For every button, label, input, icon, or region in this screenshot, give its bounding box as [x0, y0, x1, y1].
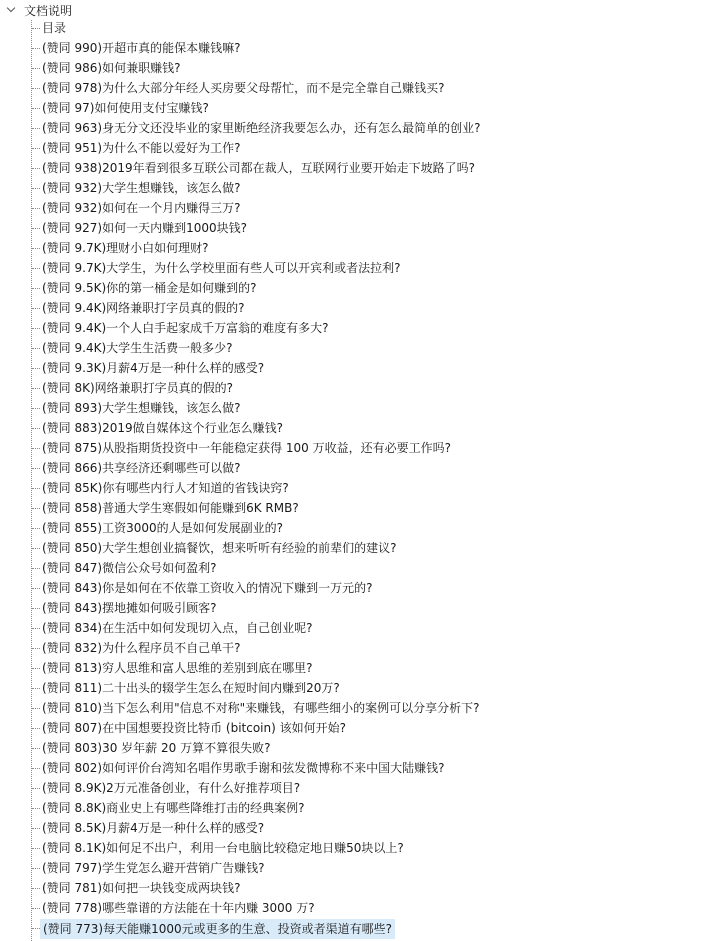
- tree-connector: [32, 688, 40, 689]
- tree-item[interactable]: (赞同 834)在生活中如何发现切入点，自己创业呢?: [0, 618, 710, 638]
- tree-item[interactable]: (赞同 832)为什么程序员不自己单干?: [0, 638, 710, 658]
- tree-item-label[interactable]: (赞同 811)二十出头的辍学生怎么在短时间内赚到20万?: [40, 679, 342, 697]
- tree-item[interactable]: (赞同 8.9K)2万元准备创业，有什么好推荐项目?: [0, 778, 710, 798]
- tree-connector: [32, 428, 40, 429]
- tree-item[interactable]: (赞同 986)如何兼职赚钱?: [0, 58, 710, 78]
- tree-connector: [32, 788, 40, 789]
- tree-item[interactable]: (赞同 813)穷人思维和富人思维的差别到底在哪里?: [0, 658, 710, 678]
- tree-connector: [32, 68, 40, 69]
- tree-item-label[interactable]: (赞同 8.9K)2万元准备创业，有什么好推荐项目?: [40, 779, 302, 797]
- tree-item[interactable]: (赞同 978)为什么大部分年经人买房要父母帮忙，而不是完全靠自己赚钱买?: [0, 78, 710, 98]
- tree-connector: [32, 728, 40, 729]
- tree-item-label[interactable]: (赞同 807)在中国想要投资比特币 (bitcoin) 该如何开始?: [40, 719, 348, 737]
- tree-item[interactable]: (赞同 932)大学生想赚钱，该怎么做?: [0, 178, 710, 198]
- tree-item-label[interactable]: (赞同 978)为什么大部分年经人买房要父母帮忙，而不是完全靠自己赚钱买?: [40, 79, 446, 97]
- tree-item[interactable]: (赞同 797)学生党怎么避开营销广告赚钱?: [0, 858, 710, 878]
- tree-item-label[interactable]: (赞同 773)每天能赚1000元或更多的生意、投资或者渠道有哪些?: [40, 919, 395, 939]
- tree-connector: [32, 568, 40, 569]
- tree-item[interactable]: (赞同 875)从股指期货投资中一年能稳定获得 100 万收益，还有必要工作吗?: [0, 438, 710, 458]
- tree-item[interactable]: (赞同 883)2019做自媒体这个行业怎么赚钱?: [0, 418, 710, 438]
- tree-item[interactable]: (赞同 893)大学生想赚钱，该怎么做?: [0, 398, 710, 418]
- tree-connector: [32, 868, 40, 869]
- tree-item-label[interactable]: (赞同 858)普通大学生寒假如何能赚到6K RMB?: [40, 499, 301, 517]
- tree-item[interactable]: (赞同 990)开超市真的能保本赚钱嘛?: [0, 38, 710, 58]
- tree-item[interactable]: (赞同 866)共享经济还剩哪些可以做?: [0, 458, 710, 478]
- tree-connector: [32, 188, 40, 189]
- tree-connector: [32, 268, 40, 269]
- tree-item[interactable]: (赞同 811)二十出头的辍学生怎么在短时间内赚到20万?: [0, 678, 710, 698]
- tree-item-label[interactable]: (赞同 990)开超市真的能保本赚钱嘛?: [40, 39, 242, 57]
- tree-item-label[interactable]: (赞同 9.4K)大学生生活费一般多少?: [40, 339, 235, 357]
- tree-item-label[interactable]: (赞同 843)你是如何在不依靠工资收入的情况下赚到一万元的?: [40, 579, 374, 597]
- tree-item[interactable]: (赞同 938)2019年看到很多互联公司都在裁人，互联网行业要开始走下坡路了吗…: [0, 158, 710, 178]
- tree-item-label[interactable]: (赞同 938)2019年看到很多互联公司都在裁人，互联网行业要开始走下坡路了吗…: [40, 159, 477, 177]
- tree-item-label[interactable]: (赞同 9.4K)网络兼职打字员真的假的?: [40, 299, 247, 317]
- tree-root-label: 文档说明: [24, 2, 72, 19]
- tree-item-label[interactable]: (赞同 8K)网络兼职打字员真的假的?: [40, 379, 235, 397]
- tree-item-label[interactable]: (赞同 847)微信公众号如何盈利?: [40, 559, 218, 577]
- tree-item-label[interactable]: (赞同 97)如何使用支付宝赚钱?: [40, 99, 211, 117]
- tree-item[interactable]: (赞同 9.3K)月薪4万是一种什么样的感受?: [0, 358, 710, 378]
- tree-item[interactable]: (赞同 855)工资3000的人是如何发展副业的?: [0, 518, 710, 538]
- tree-connector: [32, 668, 40, 669]
- tree-item-label[interactable]: (赞同 834)在生活中如何发现切入点，自己创业呢?: [40, 619, 314, 637]
- tree-item-label[interactable]: (赞同 778)哪些靠谱的方法能在十年内赚 3000 万?: [40, 899, 317, 917]
- chevron-down-icon[interactable]: [6, 4, 18, 16]
- tree-item-label[interactable]: (赞同 932)大学生想赚钱，该怎么做?: [40, 179, 242, 197]
- tree-children: 目录(赞同 990)开超市真的能保本赚钱嘛?(赞同 986)如何兼职赚钱?(赞同…: [0, 18, 710, 938]
- tree-item-label[interactable]: (赞同 8.8K)商业史上有哪些降维打击的经典案例?: [40, 799, 307, 817]
- tree-connector: [32, 48, 40, 49]
- tree-item-label[interactable]: (赞同 850)大学生想创业搞餐饮，想来听听有经验的前辈们的建议?: [40, 539, 398, 557]
- tree-item[interactable]: (赞同 9.4K)网络兼职打字员真的假的?: [0, 298, 710, 318]
- tree-item[interactable]: (赞同 858)普通大学生寒假如何能赚到6K RMB?: [0, 498, 710, 518]
- tree-connector: [32, 408, 40, 409]
- tree-connector: [32, 348, 40, 349]
- tree-item[interactable]: (赞同 802)如何评价台湾知名唱作男歌手谢和弦发微博称不来中国大陆赚钱?: [0, 758, 710, 778]
- tree-item-label[interactable]: (赞同 866)共享经济还剩哪些可以做?: [40, 459, 242, 477]
- tree-connector: [32, 808, 40, 809]
- tree-item-label[interactable]: (赞同 883)2019做自媒体这个行业怎么赚钱?: [40, 419, 285, 437]
- tree-connector: [32, 528, 40, 529]
- tree-connector: [32, 588, 40, 589]
- tree-item-label[interactable]: (赞同 802)如何评价台湾知名唱作男歌手谢和弦发微博称不来中国大陆赚钱?: [40, 759, 446, 777]
- tree-item-label[interactable]: (赞同 781)如何把一块钱变成两块钱?: [40, 879, 242, 897]
- tree-item-label[interactable]: (赞同 986)如何兼职赚钱?: [40, 59, 182, 77]
- tree-item-label[interactable]: (赞同 813)穷人思维和富人思维的差别到底在哪里?: [40, 659, 314, 677]
- tree-item-toc[interactable]: 目录: [0, 18, 710, 38]
- tree-item[interactable]: (赞同 8.8K)商业史上有哪些降维打击的经典案例?: [0, 798, 710, 818]
- tree-connector: [32, 308, 40, 309]
- tree-item-label[interactable]: (赞同 927)如何一天内赚到1000块钱?: [40, 219, 249, 237]
- tree-connector: [32, 608, 40, 609]
- tree-item[interactable]: (赞同 951)为什么不能以爱好为工作?: [0, 138, 710, 158]
- tree-connector: [32, 148, 40, 149]
- tree-item[interactable]: (赞同 85K)你有哪些内行人才知道的省钱诀窍?: [0, 478, 710, 498]
- tree-item-label[interactable]: (赞同 875)从股指期货投资中一年能稳定获得 100 万收益，还有必要工作吗?: [40, 439, 453, 457]
- tree-connector: [32, 128, 40, 129]
- tree-item-label[interactable]: (赞同 810)当下怎么利用"信息不对称"来赚钱，有哪些细小的案例可以分享分析下…: [40, 699, 482, 717]
- tree-item[interactable]: (赞同 773)每天能赚1000元或更多的生意、投资或者渠道有哪些?: [0, 918, 710, 938]
- tree-item[interactable]: (赞同 850)大学生想创业搞餐饮，想来听听有经验的前辈们的建议?: [0, 538, 710, 558]
- tree-connector: [32, 508, 40, 509]
- tree-connector: [32, 768, 40, 769]
- tree-connector: [32, 28, 40, 29]
- tree-connector: [32, 708, 40, 709]
- tree-item-label[interactable]: (赞同 797)学生党怎么避开营销广告赚钱?: [40, 859, 266, 877]
- tree-connector: [32, 228, 40, 229]
- tree-item-label[interactable]: (赞同 963)身无分文还没毕业的家里断绝经济我要怎么办，还有怎么最简单的创业?: [40, 119, 482, 137]
- tree-connector: [32, 448, 40, 449]
- tree-item[interactable]: (赞同 803)30 岁年薪 20 万算不算很失败?: [0, 738, 710, 758]
- tree-item-label[interactable]: (赞同 85K)你有哪些内行人才知道的省钱诀窍?: [40, 479, 291, 497]
- tree-root-node[interactable]: 文档说明: [0, 0, 72, 20]
- tree-connector: [32, 368, 40, 369]
- tree-item[interactable]: (赞同 810)当下怎么利用"信息不对称"来赚钱，有哪些细小的案例可以分享分析下…: [0, 698, 710, 718]
- tree-item[interactable]: (赞同 8.1K)如何足不出户，利用一台电脑比较稳定地日赚50块以上?: [0, 838, 710, 858]
- tree-connector: [32, 288, 40, 289]
- tree-connector: [32, 248, 40, 249]
- tree-item[interactable]: (赞同 9.7K)大学生，为什么学校里面有些人可以开宾利或者法拉利?: [0, 258, 710, 278]
- tree-item[interactable]: (赞同 97)如何使用支付宝赚钱?: [0, 98, 710, 118]
- tree-item-label[interactable]: (赞同 855)工资3000的人是如何发展副业的?: [40, 519, 285, 537]
- tree-item-label[interactable]: (赞同 9.4K)一个人白手起家成千万富翁的难度有多大?: [40, 319, 331, 337]
- tree-connector: [32, 488, 40, 489]
- tree-connector: [32, 888, 40, 889]
- tree-item[interactable]: (赞同 847)微信公众号如何盈利?: [0, 558, 710, 578]
- tree-connector: [32, 548, 40, 549]
- tree-item-label[interactable]: (赞同 951)为什么不能以爱好为工作?: [40, 139, 242, 157]
- tree-item-label[interactable]: (赞同 9.5K)你的第一桶金是如何赚到的?: [40, 279, 259, 297]
- tree-connector: [32, 928, 40, 929]
- tree-connector: [32, 828, 40, 829]
- tree-item[interactable]: (赞同 8.5K)月薪4万是一种什么样的感受?: [0, 818, 710, 838]
- tree-connector: [32, 628, 40, 629]
- tree-item-label[interactable]: (赞同 832)为什么程序员不自己单干?: [40, 639, 242, 657]
- tree-item-label[interactable]: (赞同 9.7K)理财小白如何理财?: [40, 239, 211, 257]
- tree-item-label[interactable]: (赞同 932)如何在一个月内赚得三万?: [40, 199, 242, 217]
- tree-item[interactable]: (赞同 843)摆地摊如何吸引顾客?: [0, 598, 710, 618]
- tree-connector: [32, 468, 40, 469]
- tree-item-label[interactable]: 目录: [40, 19, 68, 37]
- tree-item[interactable]: (赞同 9.7K)理财小白如何理财?: [0, 238, 710, 258]
- tree-item[interactable]: (赞同 807)在中国想要投资比特币 (bitcoin) 该如何开始?: [0, 718, 710, 738]
- tree-item-label[interactable]: (赞同 9.7K)大学生，为什么学校里面有些人可以开宾利或者法拉利?: [40, 259, 403, 277]
- tree-connector: [32, 908, 40, 909]
- tree-item-label[interactable]: (赞同 8.5K)月薪4万是一种什么样的感受?: [40, 819, 266, 837]
- tree-connector: [32, 848, 40, 849]
- tree-item-label[interactable]: (赞同 9.3K)月薪4万是一种什么样的感受?: [40, 359, 266, 377]
- tree-connector: [32, 168, 40, 169]
- tree-item[interactable]: (赞同 843)你是如何在不依靠工资收入的情况下赚到一万元的?: [0, 578, 710, 598]
- tree-item[interactable]: (赞同 9.4K)一个人白手起家成千万富翁的难度有多大?: [0, 318, 710, 338]
- tree-connector: [32, 208, 40, 209]
- tree-item-label[interactable]: (赞同 893)大学生想赚钱，该怎么做?: [40, 399, 242, 417]
- tree-item[interactable]: (赞同 778)哪些靠谱的方法能在十年内赚 3000 万?: [0, 898, 710, 918]
- tree-connector: [32, 388, 40, 389]
- tree-item[interactable]: (赞同 932)如何在一个月内赚得三万?: [0, 198, 710, 218]
- tree-connector: [32, 748, 40, 749]
- tree-item[interactable]: (赞同 8K)网络兼职打字员真的假的?: [0, 378, 710, 398]
- tree-connector: [32, 328, 40, 329]
- tree-item-label[interactable]: (赞同 843)摆地摊如何吸引顾客?: [40, 599, 218, 617]
- tree-connector: [32, 648, 40, 649]
- tree-item-label[interactable]: (赞同 8.1K)如何足不出户，利用一台电脑比较稳定地日赚50块以上?: [40, 839, 406, 857]
- tree-item[interactable]: (赞同 927)如何一天内赚到1000块钱?: [0, 218, 710, 238]
- tree-item[interactable]: (赞同 9.5K)你的第一桶金是如何赚到的?: [0, 278, 710, 298]
- tree-item-label[interactable]: (赞同 803)30 岁年薪 20 万算不算很失败?: [40, 739, 272, 757]
- tree-item[interactable]: (赞同 781)如何把一块钱变成两块钱?: [0, 878, 710, 898]
- tree-item[interactable]: (赞同 963)身无分文还没毕业的家里断绝经济我要怎么办，还有怎么最简单的创业?: [0, 118, 710, 138]
- tree-connector: [32, 88, 40, 89]
- tree-connector: [32, 108, 40, 109]
- tree-item[interactable]: (赞同 9.4K)大学生生活费一般多少?: [0, 338, 710, 358]
